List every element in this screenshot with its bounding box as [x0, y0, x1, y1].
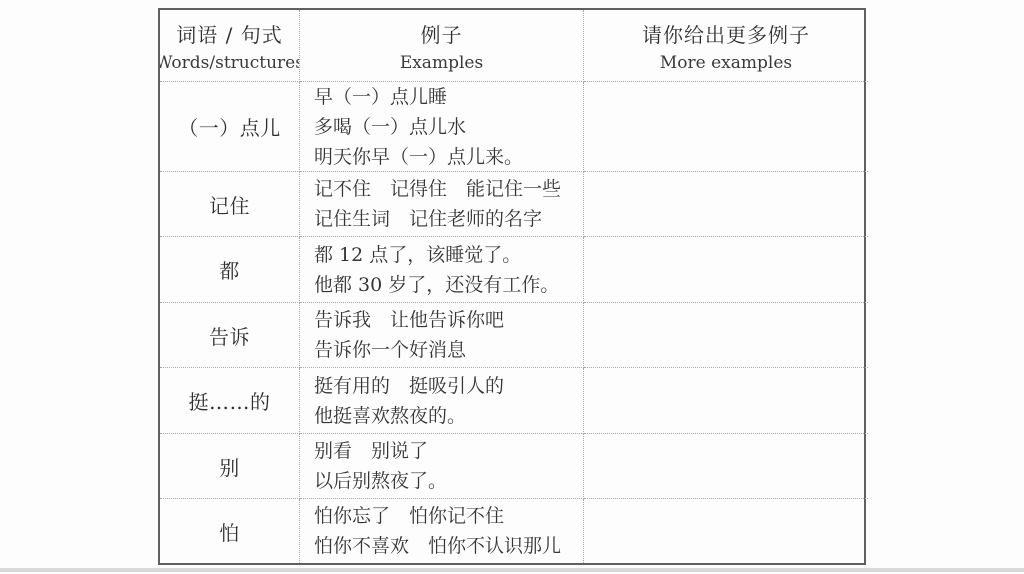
example-line: 都 12 点了，该睡觉了。 [314, 240, 577, 270]
examples-cell: 早（一）点儿睡 多喝（一）点儿水 明天你早（一）点儿来。 [300, 82, 584, 172]
examples-cell: 别看 别说了 以后别熬夜了。 [300, 434, 584, 499]
examples-cell: 都 12 点了，该睡觉了。 他都 30 岁了，还没有工作。 [300, 237, 584, 303]
header-examples-zh: 例子 [421, 19, 463, 48]
example-line: 他挺喜欢熬夜的。 [314, 401, 577, 431]
header-more-en: More examples [660, 53, 792, 73]
header-words-en: Words/structures [160, 53, 300, 73]
examples-cell: 怕你忘了 怕你记不住 怕你不喜欢 怕你不认识那儿 [300, 499, 584, 563]
header-examples-en: Examples [400, 53, 483, 73]
word-cell: 记住 [160, 172, 300, 237]
word-cell: 怕 [160, 499, 300, 563]
example-line: 怕你忘了 怕你记不住 [314, 501, 577, 531]
header-words-zh: 词语 / 句式 [176, 19, 282, 48]
example-line: 告诉你一个好消息 [314, 335, 577, 365]
word-cell: 挺……的 [160, 368, 300, 434]
header-cell-examples: 例子 Examples [300, 10, 584, 82]
example-line: 记不住 记得住 能记住一些 [314, 174, 577, 204]
word-cell: 都 [160, 237, 300, 303]
examples-cell: 挺有用的 挺吸引人的 他挺喜欢熬夜的。 [300, 368, 584, 434]
example-line: 别看 别说了 [314, 436, 577, 466]
more-examples-cell [584, 237, 868, 303]
header-cell-more-examples: 请你给出更多例子 More examples [584, 10, 868, 82]
more-examples-cell [584, 82, 868, 172]
example-line: 他都 30 岁了，还没有工作。 [314, 270, 577, 300]
more-examples-cell [584, 368, 868, 434]
header-cell-words: 词语 / 句式 Words/structures [160, 10, 300, 82]
page-scan-edge-shadow [0, 568, 1024, 572]
example-line: 挺有用的 挺吸引人的 [314, 371, 577, 401]
example-line: 早（一）点儿睡 [314, 82, 577, 112]
example-line: 告诉我 让他告诉你吧 [314, 305, 577, 335]
examples-cell: 记不住 记得住 能记住一些 记住生词 记住老师的名字 [300, 172, 584, 237]
example-line: 记住生词 记住老师的名字 [314, 204, 577, 234]
scanned-textbook-page: 词语 / 句式 Words/structures 例子 Examples 请你给… [0, 0, 1024, 574]
more-examples-cell [584, 172, 868, 237]
examples-cell: 告诉我 让他告诉你吧 告诉你一个好消息 [300, 303, 584, 368]
word-cell: 告诉 [160, 303, 300, 368]
example-line: 明天你早（一）点儿来。 [314, 142, 577, 172]
grammar-practice-table: 词语 / 句式 Words/structures 例子 Examples 请你给… [158, 8, 866, 565]
example-line: 怕你不喜欢 怕你不认识那儿 [314, 531, 577, 561]
more-examples-cell [584, 434, 868, 499]
example-line: 以后别熬夜了。 [314, 466, 577, 496]
word-cell: （一）点儿 [160, 82, 300, 172]
more-examples-cell [584, 303, 868, 368]
more-examples-cell [584, 499, 868, 563]
example-line: 多喝（一）点儿水 [314, 112, 577, 142]
word-cell: 别 [160, 434, 300, 499]
header-more-zh: 请你给出更多例子 [642, 19, 810, 48]
